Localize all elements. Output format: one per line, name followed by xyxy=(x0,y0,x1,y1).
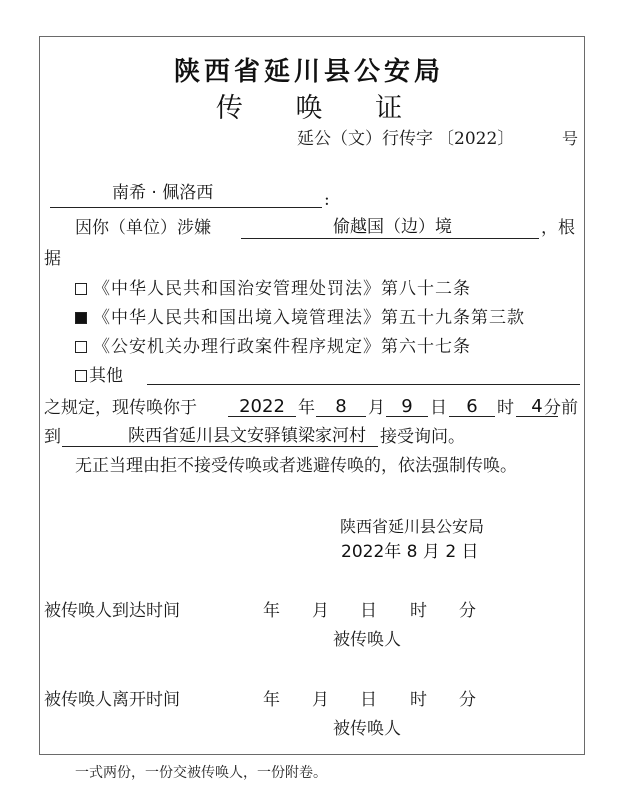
offense-value: 偷越国（边）境 xyxy=(333,219,452,236)
minute-label: 分前 xyxy=(544,400,578,417)
doc-number-year: 〔2022〕 xyxy=(437,129,514,149)
departure-signer-label: 被传唤人 xyxy=(333,721,401,738)
checkbox-checked-icon[interactable] xyxy=(75,312,87,324)
suspicion-prefix: 因你（单位）涉嫌 xyxy=(75,220,211,237)
summons-prefix: 之规定，现传唤你于 xyxy=(44,400,197,417)
departure-minute-label: 分 xyxy=(459,692,476,709)
day-label: 日 xyxy=(430,400,447,417)
year-underline xyxy=(228,416,296,417)
arrival-time-label: 被传唤人到达时间 xyxy=(44,603,180,620)
issuer-date-day: 2 日 xyxy=(445,542,478,562)
other-basis-underline xyxy=(147,384,580,385)
month-label: 月 xyxy=(368,400,385,417)
issuer-date-month: 8 月 xyxy=(407,542,440,562)
summons-day: 9 xyxy=(386,396,428,417)
warning-text: 无正当理由拒不接受传唤或者逃避传唤的，依法强制传唤。 xyxy=(75,458,517,475)
arrival-year-label: 年 xyxy=(263,603,280,620)
arrival-signer-label: 被传唤人 xyxy=(333,632,401,649)
hour-underline xyxy=(449,416,495,417)
issuer-date: 2022年 8 月 2 日 xyxy=(341,544,479,561)
legal-basis-item[interactable]: 《中华人民共和国出境入境管理法》第五十九条第三款 xyxy=(75,310,525,327)
doc-number-prefix: 延公（文）行传字 xyxy=(297,129,433,149)
departure-time-label: 被传唤人离开时间 xyxy=(44,692,180,709)
issuer-agency: 陕西省延川县公安局 xyxy=(340,519,484,535)
arrival-hour-label: 时 xyxy=(410,603,427,620)
suspicion-suffix: ，根 xyxy=(541,220,575,237)
recipient-underline xyxy=(50,207,322,208)
arrival-day-label: 日 xyxy=(360,603,377,620)
document-number: 延公（文）行传字〔2022〕 xyxy=(297,131,514,148)
legal-basis-item-other[interactable]: 其他 xyxy=(75,368,123,385)
departure-hour-label: 时 xyxy=(410,692,427,709)
summons-month: 8 xyxy=(316,396,366,417)
departure-day-label: 日 xyxy=(360,692,377,709)
location-underline xyxy=(62,446,378,447)
checkbox-unchecked-icon[interactable] xyxy=(75,283,87,295)
location-to-label: 到 xyxy=(44,429,61,446)
checkbox-unchecked-icon[interactable] xyxy=(75,370,87,382)
checkbox-unchecked-icon[interactable] xyxy=(75,341,87,353)
arrival-month-label: 月 xyxy=(312,603,329,620)
legal-basis-text: 其他 xyxy=(89,366,123,386)
legal-basis-text: 《中华人民共和国治安管理处罚法》第八十二条 xyxy=(93,279,471,299)
suspicion-continuation: 据 xyxy=(44,251,61,268)
recipient-name: 南希 · 佩洛西 xyxy=(112,185,213,202)
footnote: 一式两份，一份交被传唤人，一份附卷。 xyxy=(75,766,327,780)
year-label: 年 xyxy=(298,400,315,417)
location-suffix: 接受询问。 xyxy=(380,429,465,446)
document-title: 传 唤 证 xyxy=(0,95,618,122)
month-underline xyxy=(316,416,366,417)
agency-title: 陕西省延川县公安局 xyxy=(0,59,618,85)
arrival-minute-label: 分 xyxy=(459,603,476,620)
legal-basis-item[interactable]: 《公安机关办理行政案件程序规定》第六十七条 xyxy=(75,339,471,356)
hour-label: 时 xyxy=(497,400,514,417)
departure-month-label: 月 xyxy=(312,692,329,709)
legal-basis-item[interactable]: 《中华人民共和国治安管理处罚法》第八十二条 xyxy=(75,281,471,298)
recipient-colon: : xyxy=(324,192,330,209)
legal-basis-text: 《公安机关办理行政案件程序规定》第六十七条 xyxy=(93,337,471,357)
summons-hour: 6 xyxy=(449,396,495,417)
day-underline xyxy=(386,416,428,417)
location-value: 陕西省延川县文安驿镇梁家河村 xyxy=(128,428,366,445)
offense-underline xyxy=(241,238,539,239)
departure-year-label: 年 xyxy=(263,692,280,709)
summons-year: 2022 xyxy=(228,396,296,417)
issuer-date-year: 2022年 xyxy=(341,542,401,562)
doc-number-suffix: 号 xyxy=(562,131,578,147)
legal-basis-text: 《中华人民共和国出境入境管理法》第五十九条第三款 xyxy=(93,308,525,328)
